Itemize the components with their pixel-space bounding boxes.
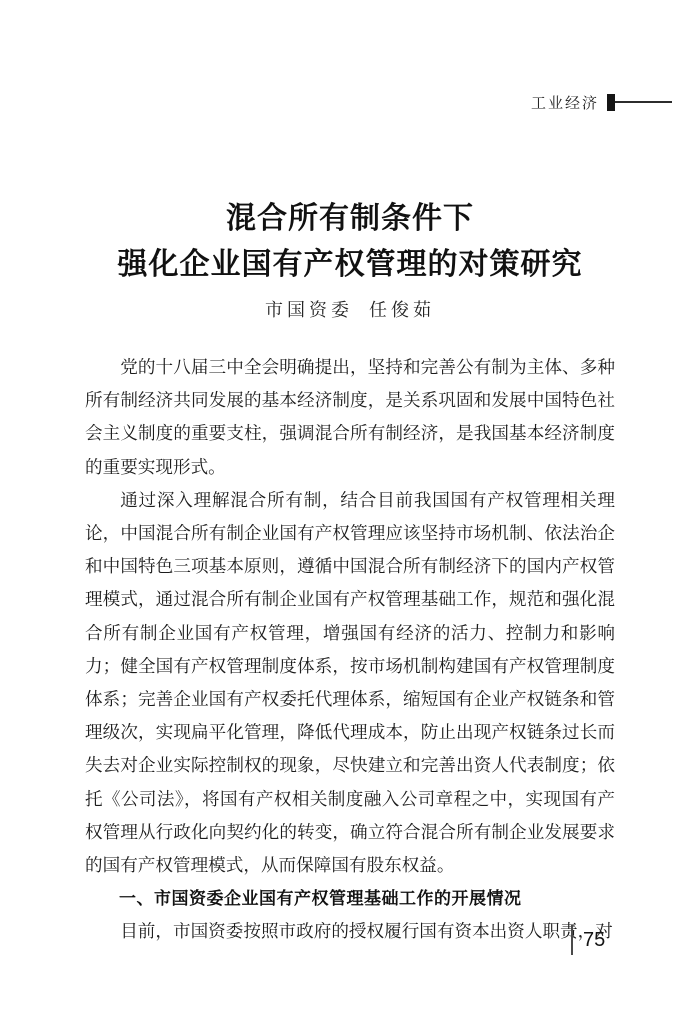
- author-line: 市国资委任俊茹: [0, 296, 700, 322]
- paragraph-2: 通过深入理解混合所有制，结合目前我国国有产权管理相关理论，中国混合所有制企业国有…: [85, 484, 615, 882]
- author-name: 任俊茹: [369, 300, 435, 320]
- section-heading: 一、市国资委企业国有产权管理基础工作的开展情况: [85, 882, 615, 915]
- page-number: 75: [583, 929, 605, 952]
- page-footer: 75: [571, 925, 605, 955]
- article-title-line2: 强化企业国有产权管理的对策研究: [0, 242, 700, 288]
- header-square-marker-icon: [607, 94, 615, 111]
- article-body: 党的十八届三中全会明确提出，坚持和完善公有制为主体、多种所有制经济共同发展的基本…: [85, 351, 615, 949]
- page-number-rule: [571, 925, 573, 955]
- article-title-line1: 混合所有制条件下: [0, 196, 700, 242]
- column-category-label: 工业经济: [531, 92, 599, 113]
- paragraph-1: 党的十八届三中全会明确提出，坚持和完善公有制为主体、多种所有制经济共同发展的基本…: [85, 351, 615, 484]
- article-title: 混合所有制条件下 强化企业国有产权管理的对策研究: [0, 196, 700, 288]
- header-rule-line: [615, 101, 672, 103]
- paragraph-3: 目前，市国资委按照市政府的授权履行国有资本出资人职责，对: [85, 915, 615, 948]
- author-affiliation: 市国资委: [265, 300, 353, 320]
- page-header: 工业经济: [531, 93, 672, 111]
- document-page: 工业经济 混合所有制条件下 强化企业国有产权管理的对策研究 市国资委任俊茹 党的…: [0, 0, 700, 1013]
